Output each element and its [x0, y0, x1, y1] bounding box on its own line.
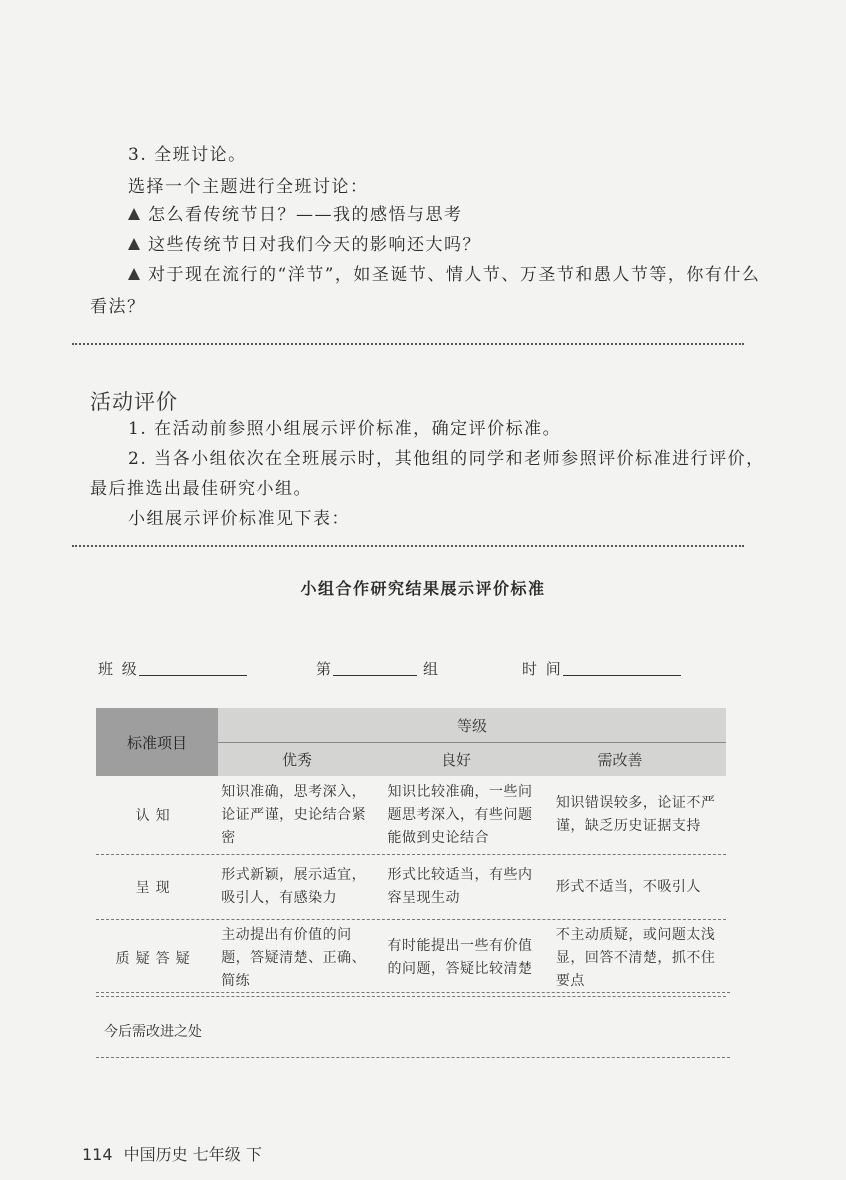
- topic-3: 对于现在流行的“洋节”，如圣诞节、情人节、万圣节和愚人节等，你有什么: [128, 260, 760, 285]
- table-row: 质疑答疑 主动提出有价值的问题，答疑清楚、正确、简练 有时能提出一些有价值的问题…: [96, 920, 726, 997]
- table-cell: 有时能提出一些有价值的问题，答疑比较清楚: [382, 920, 550, 996]
- time-blank[interactable]: [563, 661, 681, 676]
- header-excellent: 优秀: [218, 743, 376, 776]
- topic-2: 这些传统节日对我们今天的影响还大吗？: [128, 230, 481, 255]
- header-levels: 等级 优秀 良好 需改善: [218, 708, 726, 776]
- dotted-divider: [72, 343, 744, 345]
- header-level: 等级: [218, 708, 726, 743]
- triangle-bullet-icon: [128, 238, 140, 250]
- dotted-divider: [72, 545, 744, 547]
- group-prefix: 第: [316, 660, 333, 678]
- header-needs-improvement: 需改善: [536, 743, 704, 776]
- class-blank[interactable]: [139, 661, 247, 676]
- evaluation-item-1: 1. 在活动前参照小组展示评价标准，确定评价标准。: [128, 414, 561, 439]
- evaluation-table: 标准项目 等级 优秀 良好 需改善 认知 知识准确，思考深入，论证严谨，史论结合…: [96, 708, 726, 997]
- table-cell: 知识错误较多，论证不严谨，缺乏历史证据支持: [550, 776, 726, 854]
- discussion-intro: 选择一个主题进行全班讨论：: [128, 172, 369, 197]
- group-suffix: 组: [423, 660, 440, 678]
- topic-text: 这些传统节日对我们今天的影响还大吗？: [148, 235, 481, 255]
- evaluation-item-2: 2. 当各小组依次在全班展示时，其他组的同学和老师参照评价标准进行评价，: [128, 444, 765, 469]
- table-cell: 知识比较准确，一些问题思考深入，有些问题能做到史论结合: [382, 776, 550, 854]
- table-header: 标准项目 等级 优秀 良好 需改善: [96, 708, 726, 776]
- textbook-page: 3. 全班讨论。 选择一个主题进行全班讨论： 怎么看传统节日？——我的感悟与思考…: [0, 0, 846, 1180]
- table-cell: 不主动质疑，或问题太浅显，回答不清楚，抓不住要点: [550, 920, 726, 996]
- header-level-columns: 优秀 良好 需改善: [218, 743, 726, 776]
- time-label: 时 间: [522, 660, 563, 678]
- table-cell: 形式新颖，展示适宜，吸引人，有感染力: [215, 855, 381, 919]
- class-label: 班 级: [98, 660, 139, 678]
- time-field: 时 间: [522, 658, 681, 679]
- row-criteria: 呈现: [96, 855, 215, 919]
- table-row: 呈现 形式新颖，展示适宜，吸引人，有感染力 形式比较适当，有些内容呈现生动 形式…: [96, 855, 726, 920]
- table-cell: 形式比较适当，有些内容呈现生动: [382, 855, 550, 919]
- improvement-row[interactable]: 今后需改进之处: [96, 992, 730, 1058]
- row-criteria: 质疑答疑: [96, 920, 215, 996]
- page-number: 114: [82, 1145, 113, 1164]
- table-cell: 主动提出有价值的问题，答疑清楚、正确、简练: [215, 920, 381, 996]
- header-good: 良好: [376, 743, 536, 776]
- topic-1: 怎么看传统节日？——我的感悟与思考: [128, 200, 463, 225]
- evaluation-item-2-continued: 最后推选出最佳研究小组。: [90, 474, 312, 499]
- book-title: 中国历史 七年级 下: [124, 1145, 262, 1164]
- topic-text: 怎么看传统节日？——我的感悟与思考: [148, 205, 463, 225]
- triangle-bullet-icon: [128, 268, 140, 280]
- table-cell: 知识准确，思考深入，论证严谨，史论结合紧密: [215, 776, 381, 854]
- section-title: 活动评价: [90, 386, 178, 416]
- group-blank[interactable]: [333, 661, 417, 676]
- topic-3-continued: 看法？: [90, 292, 146, 317]
- topic-text: 对于现在流行的“洋节”，如圣诞节、情人节、万圣节和愚人节等，你有什么: [148, 265, 760, 285]
- triangle-bullet-icon: [128, 208, 140, 220]
- discussion-heading: 3. 全班讨论。: [128, 140, 247, 165]
- table-title: 小组合作研究结果展示评价标准: [0, 576, 846, 599]
- table-row: 认知 知识准确，思考深入，论证严谨，史论结合紧密 知识比较准确，一些问题思考深入…: [96, 776, 726, 855]
- evaluation-note: 小组展示评价标准见下表：: [128, 504, 350, 529]
- page-footer: 114 中国历史 七年级 下: [82, 1142, 262, 1165]
- group-field: 第组: [316, 658, 440, 679]
- header-criteria: 标准项目: [96, 708, 218, 776]
- improvement-label: 今后需改进之处: [104, 1021, 202, 1041]
- table-cell: 形式不适当，不吸引人: [550, 855, 726, 919]
- class-field: 班 级: [98, 658, 247, 679]
- row-criteria: 认知: [96, 776, 215, 854]
